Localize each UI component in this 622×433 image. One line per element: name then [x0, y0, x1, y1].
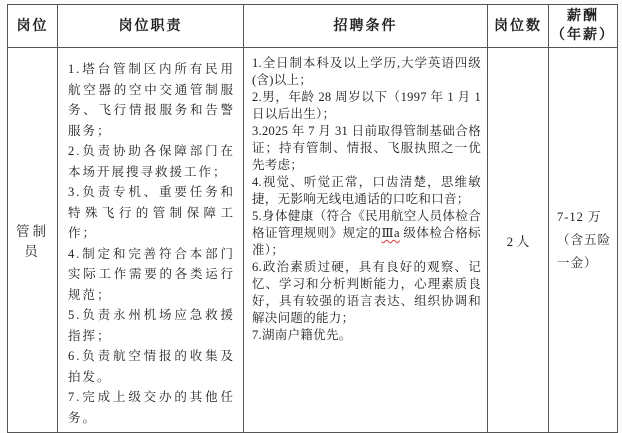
condition-item: 7.湖南户籍优先。 [252, 327, 481, 344]
duty-item: 2.负责协助各保障部门在本场开展搜寻救援工作； [68, 141, 235, 182]
condition-item: 5.身体健康（符合《民用航空人员体检合格证管理规则》规定的Ⅲa 级体检合格标准）… [252, 208, 481, 259]
salary-cell: 7-12 万（含五险一金） [549, 48, 618, 355]
recruitment-table-container: 岗位 岗位职责 招聘条件 岗位数 薪酬 （年薪） 管制员 1.塔台管制区内所有民… [7, 4, 618, 354]
salary-header-line2: （年薪） [550, 26, 616, 45]
table-row: 管制员 1.塔台管制区内所有民用航空器的空中交通管制服务、飞行情报服务和告警服务… [8, 48, 618, 355]
condition-item: 2.男，年龄 28 周岁以下（1997 年 1 月 1 日以后出生）； [252, 89, 481, 123]
col-header-position: 岗位 [8, 5, 58, 48]
duty-item: 4.制定和完善符合本部门实际工作需要的各类运行规范； [68, 244, 235, 306]
spellcheck-underlined-text: Ⅲa [382, 226, 400, 240]
col-header-headcount: 岗位数 [488, 5, 549, 48]
headcount-cell: 2 人 [488, 48, 549, 355]
duties-cell: 1.塔台管制区内所有民用航空器的空中交通管制服务、飞行情报服务和告警服务；2.负… [58, 48, 244, 355]
duty-item: 1.塔台管制区内所有民用航空器的空中交通管制服务、飞行情报服务和告警服务； [68, 59, 235, 141]
recruitment-table: 岗位 岗位职责 招聘条件 岗位数 薪酬 （年薪） 管制员 1.塔台管制区内所有民… [7, 4, 618, 354]
conditions-cell: 1.全日制本科及以上学历,大学英语四级(含)以上；2.男，年龄 28 周岁以下（… [244, 48, 488, 355]
condition-item: 1.全日制本科及以上学历,大学英语四级(含)以上； [252, 55, 481, 89]
col-header-duties: 岗位职责 [58, 5, 244, 48]
conditions-list: 1.全日制本科及以上学历,大学英语四级(含)以上；2.男，年龄 28 周岁以下（… [252, 55, 481, 344]
condition-item: 6.政治素质过硬，具有良好的观察、记忆、学习和分析判断能力，心理素质良好，具有较… [252, 259, 481, 327]
condition-item: 4.视觉、听觉正常，口齿清楚，思维敏捷，无影响无线电通话的口吃和口音； [252, 174, 481, 208]
condition-item: 3.2025 年 7 月 31 日前取得管制基础合格证；持有管制、情报、飞服执照… [252, 123, 481, 174]
duty-item: 6.负责航空情报的收集及拍发。 [68, 346, 235, 354]
col-header-conditions: 招聘条件 [244, 5, 488, 48]
duty-item: 3.负责专机、重要任务和特殊飞行的管制保障工作； [68, 182, 235, 244]
position-cell: 管制员 [8, 48, 58, 355]
col-header-salary: 薪酬 （年薪） [549, 5, 618, 48]
duty-item: 5.负责永州机场应急救援指挥； [68, 305, 235, 346]
duties-list: 1.塔台管制区内所有民用航空器的空中交通管制服务、飞行情报服务和告警服务；2.负… [68, 59, 235, 354]
header-row: 岗位 岗位职责 招聘条件 岗位数 薪酬 （年薪） [8, 5, 618, 48]
salary-header-line1: 薪酬 [550, 7, 616, 26]
